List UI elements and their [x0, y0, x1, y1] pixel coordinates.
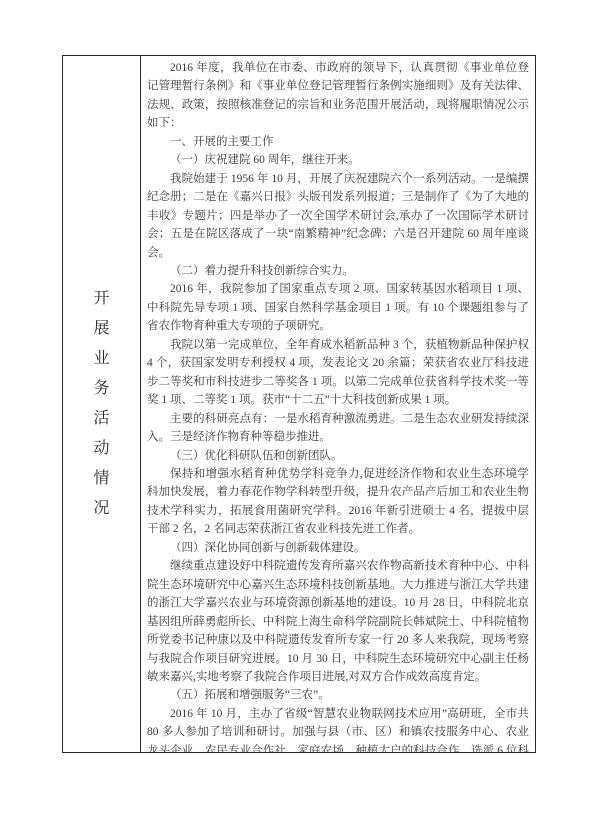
body-paragraph: （三）优化科研队伍和创新团队。 [147, 447, 529, 465]
row-header-char: 情 [93, 464, 109, 494]
row-header-char: 动 [93, 434, 109, 464]
row-header-char: 业 [93, 344, 109, 374]
body-paragraph: （五）拓展和增强服务“三农”。 [147, 686, 529, 704]
row-header-char: 开 [93, 284, 109, 314]
body-paragraph: 2016 年度，我单位在市委、市政府的领导下，认真贯彻《事业单位登记管理暂行条例… [147, 59, 529, 133]
body-paragraph: 主要的科研亮点有：一是水稻育种激流勇进。二是生态农业研发持续深入。三是经济作物育… [147, 410, 529, 447]
body-paragraph: 我院以第一完成单位，全年育成水稻新品种 3 个，获植物新品种保护权 4 个，获国… [147, 336, 529, 410]
document-page: 通 开展业务活动情况 2016 年度，我单位在市委、市政府的领导下，认真贯彻《事… [0, 0, 595, 825]
row-header-char: 活 [93, 404, 109, 434]
body-paragraph: 继续重点建设好中科院遗传发育所嘉兴农作物高新技术育种中心、中科院生态环境研究中心… [147, 557, 529, 686]
body-paragraph: 我院始建于 1956 年 10 月，开展了庆祝建院六个一系列活动。一是编撰纪念册… [147, 170, 529, 262]
row-header-char: 况 [93, 494, 109, 524]
body-paragraph: （一）庆祝建院 60 周年，继往开来。 [147, 151, 529, 169]
business-activity-table: 开展业务活动情况 2016 年度，我单位在市委、市政府的领导下，认真贯彻《事业单… [62, 55, 536, 753]
body-paragraph: （四）深化协同创新与创新载体建设。 [147, 539, 529, 557]
row-header-char: 务 [93, 374, 109, 404]
business-activity-content-cell: 2016 年度，我单位在市委、市政府的领导下，认真贯彻《事业单位登记管理暂行条例… [141, 56, 535, 752]
body-paragraph: （二）着力提升科技创新综合实力。 [147, 262, 529, 280]
row-header-cell: 开展业务活动情况 [63, 56, 141, 752]
body-paragraph: 2016 年，我院参加了国家重点专项 2 项、国家转基因水稻项目 1 项、中科院… [147, 280, 529, 335]
row-header-char: 展 [93, 314, 109, 344]
body-paragraph: 一、开展的主要工作 [147, 133, 529, 151]
body-paragraph: 保持和增强水稻育种优势学科竞争力,促进经济作物和农业生态环境学科加快发展，着力春… [147, 465, 529, 539]
body-paragraph: 2016 年 10 月，主办了省级“智慧农业物联网技术应用”高研班，全市共 80… [147, 705, 529, 752]
